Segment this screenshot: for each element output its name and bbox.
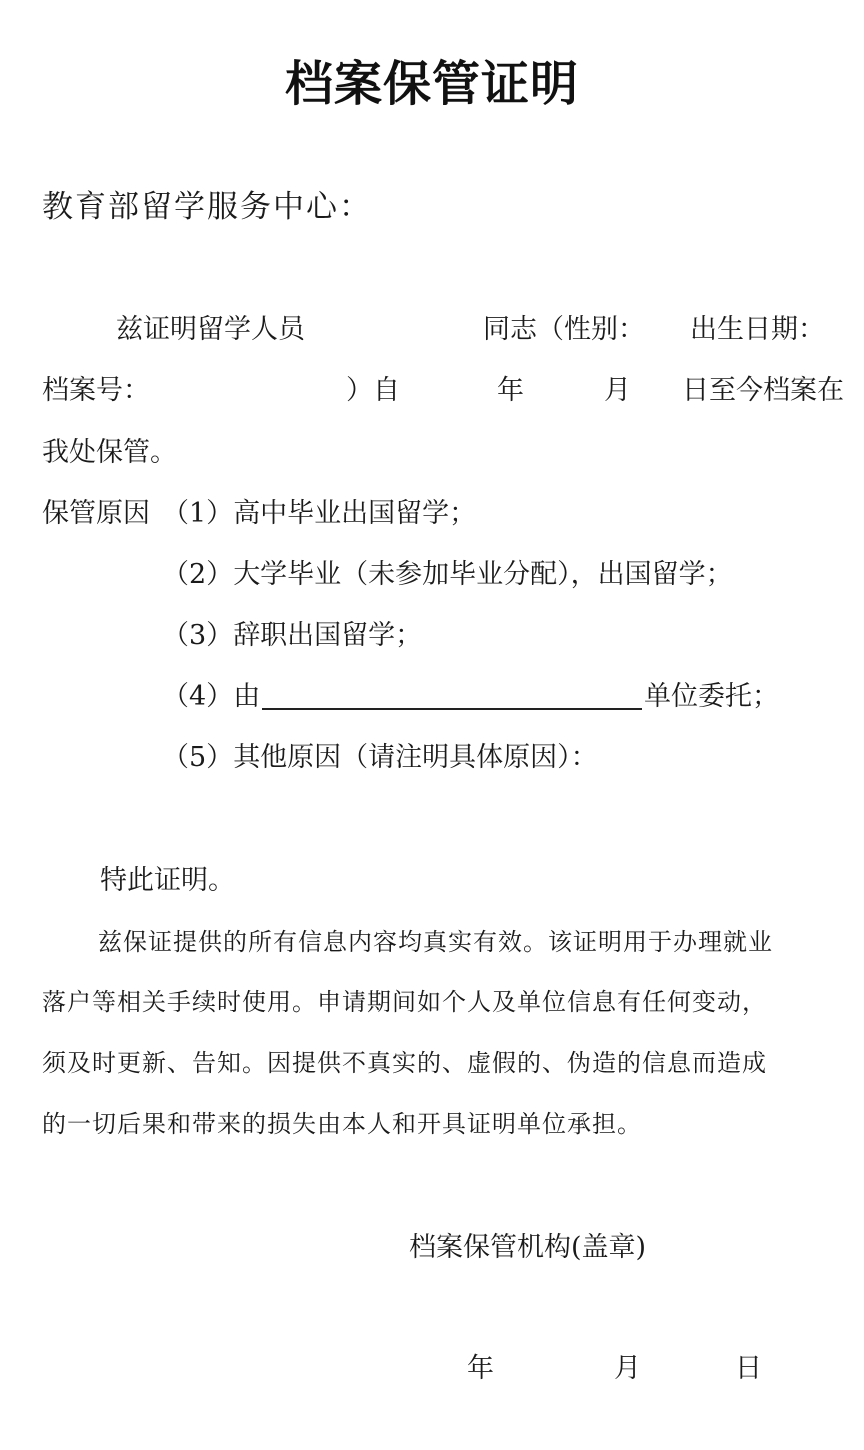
reason-2: （2）大学毕业（未参加毕业分配），出国留学； [162,561,733,588]
reason-text: 辞职出国留学； [233,620,422,651]
declaration-line-3: 须及时更新、告知。因提供不真实的、虚假的、伪造的信息而造成 [42,1051,767,1075]
reason-text: 大学毕业（未参加毕业分配），出国留学； [233,559,733,590]
declaration-line-4: 的一切后果和带来的损失由本人和开具证明单位承担。 [42,1112,642,1136]
reason-4: （4）由 [162,683,260,710]
reason-number: （2） [162,559,233,590]
closing-statement: 特此证明。 [100,867,235,894]
certify-prefix: 兹证明留学人员 [116,316,305,343]
day-to-now-label: 日至今档案在 [682,377,844,404]
from-label: ）自 [346,377,400,404]
reason-1: （1）高中毕业出国留学； [162,500,476,527]
reason-number: （4） [162,681,233,712]
sign-year-label: 年 [467,1355,494,1382]
birth-date-label: 出生日期： [690,316,825,343]
reason-number: （3） [162,620,233,651]
reason-text: 高中毕业出国留学； [233,498,476,529]
reason-3: （3）辞职出国留学； [162,622,422,649]
archive-org-seal-label: 档案保管机构(盖章) [409,1234,646,1261]
reason-5: （5）其他原因（请注明具体原因）： [162,744,598,771]
reason-number: （1） [162,498,233,529]
month-label: 月 [604,377,631,404]
file-number-label: 档案号： [42,377,150,404]
comrade-gender-label: 同志（性别： [483,316,645,343]
document-title: 档案保管证明 [0,60,864,108]
entrusting-unit-blank-line [262,708,642,710]
sign-month-label: 月 [614,1355,641,1382]
salutation: 教育部留学服务中心： [42,192,372,223]
year-label: 年 [497,377,524,404]
reason-number: （5） [162,742,233,773]
declaration-line-2: 落户等相关手续时使用。申请期间如个人及单位信息有任何变动， [42,990,767,1014]
declaration-line-1: 兹保证提供的所有信息内容均真实有效。该证明用于办理就业 [98,930,773,954]
reason-4-suffix: 单位委托； [644,683,779,710]
kept-here-text: 我处保管。 [42,439,177,466]
reasons-label: 保管原因 [42,500,150,527]
reason-text-before: 由 [233,681,260,712]
sign-day-label: 日 [735,1355,762,1382]
reason-text: 其他原因（请注明具体原因）： [233,742,598,773]
